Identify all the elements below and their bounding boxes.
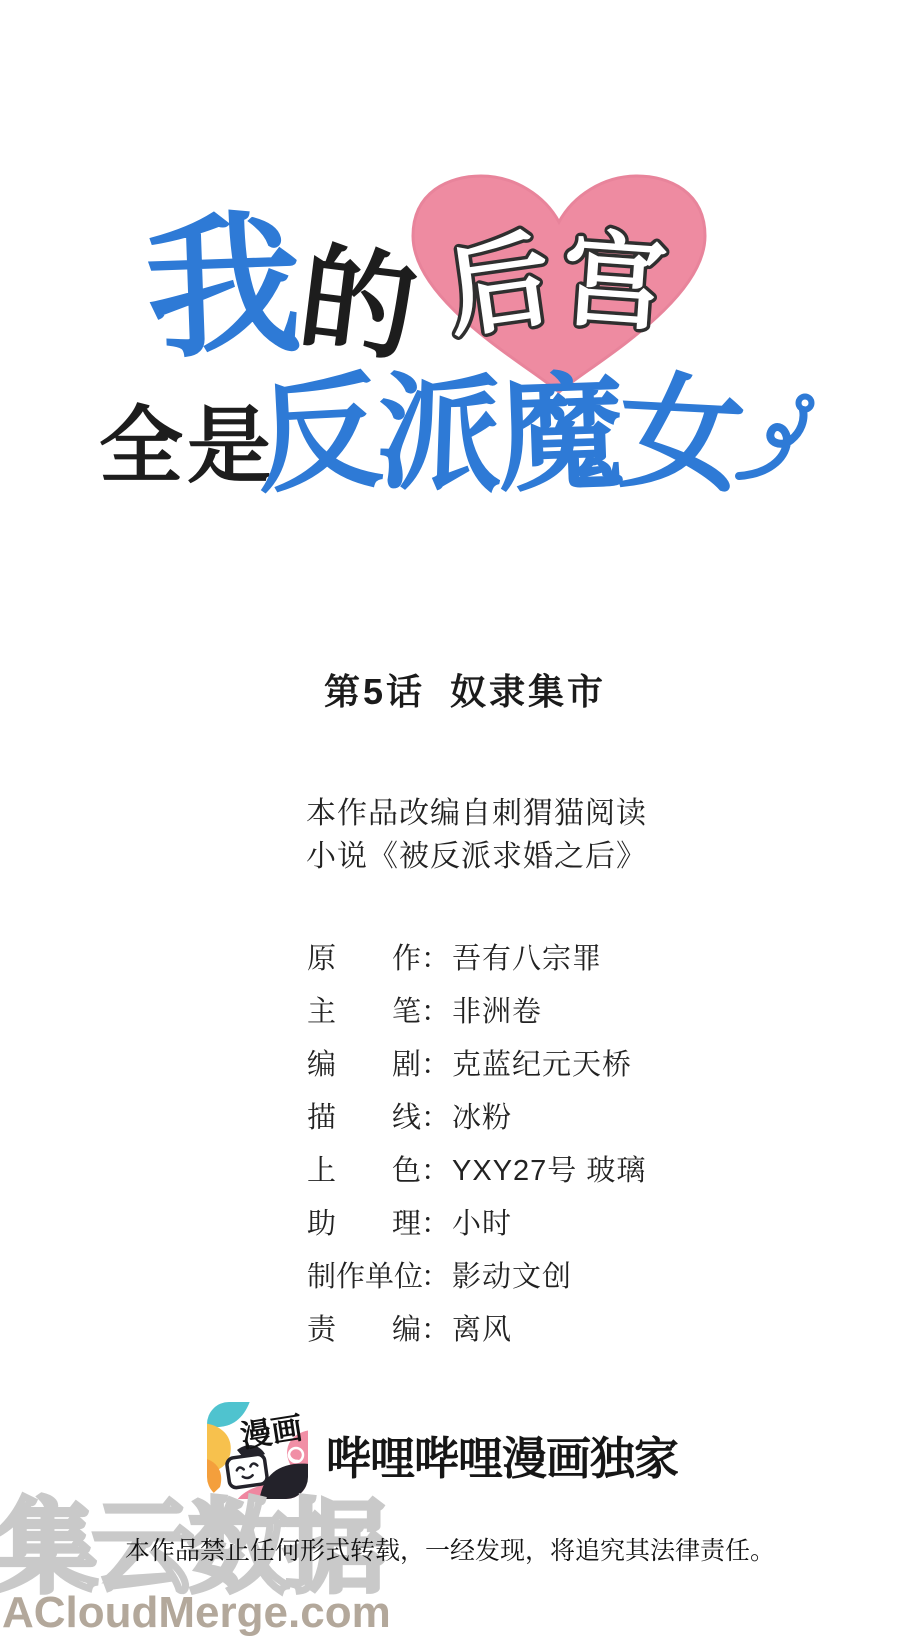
- credit-colon: ：: [421, 1201, 450, 1242]
- copyright-disclaimer: 本作品禁止任何形式转载，一经发现，将追究其法律责任。: [125, 1531, 775, 1567]
- credit-label: 主笔: [307, 989, 421, 1030]
- credit-colon: ：: [421, 1254, 450, 1295]
- credit-value: 冰粉: [452, 1095, 512, 1136]
- credit-row-original-author: 原作：吾有八宗罪: [307, 936, 646, 989]
- credit-label: 上色: [307, 1148, 421, 1189]
- credit-row-coloring: 上色：YXY27号 玻璃: [307, 1148, 646, 1201]
- title-char-nv: 女: [616, 369, 743, 501]
- chapter-title: 第5话 奴隶集市: [324, 664, 606, 715]
- credits-list: 原作：吾有八宗罪 主笔：非洲卷 编剧：克蓝纪元天桥 描线：冰粉 上色：YXY27…: [307, 936, 646, 1360]
- title-quanshi: 全是: [99, 404, 275, 488]
- credit-label: 描线: [307, 1095, 421, 1136]
- credit-label: 原作: [307, 936, 421, 977]
- adaptation-note: 本作品改编自刺猬猫阅读 小说《被反派求婚之后》: [306, 792, 647, 878]
- credit-row-screenwriter: 编剧：克蓝纪元天桥: [307, 1042, 646, 1095]
- credit-value: YXY27号 玻璃: [452, 1148, 646, 1189]
- credit-row-production-studio: 制作单位：影动文创: [307, 1254, 646, 1307]
- credit-label: 助理: [307, 1201, 421, 1242]
- credit-value: 非洲卷: [452, 989, 542, 1030]
- credit-colon: ：: [421, 1042, 450, 1083]
- title-char-hou: 后: [439, 222, 558, 350]
- credit-colon: ：: [421, 1095, 450, 1136]
- credit-label: 制作单位: [307, 1254, 421, 1295]
- watermark-en: ACloudMerge.com: [2, 1591, 391, 1635]
- title-heart-text: 后 宫: [423, 198, 705, 350]
- credit-value: 克蓝纪元天桥: [452, 1042, 632, 1083]
- credit-colon: ：: [421, 936, 450, 977]
- title-char-gong: 宫: [558, 221, 670, 344]
- title-char-wo: 我: [143, 207, 303, 367]
- credit-value: 小时: [452, 1201, 512, 1242]
- title-char-fan: 反: [253, 369, 380, 501]
- bilibili-exclusive-text: 哔哩哔哩漫画独家: [326, 1422, 678, 1487]
- title-char-pai: 派: [375, 370, 500, 500]
- title-char-de: 的: [293, 239, 422, 368]
- title-char-mo: 魔: [496, 370, 621, 500]
- adaptation-line-1: 本作品改编自刺猬猫阅读: [306, 792, 647, 835]
- adaptation-line-2: 小说《被反派求婚之后》: [306, 835, 647, 878]
- credit-label: 责编: [307, 1307, 421, 1348]
- credit-row-lead-artist: 主笔：非洲卷: [307, 989, 646, 1042]
- devil-tail-icon: [733, 392, 837, 480]
- credit-value: 影动文创: [452, 1254, 572, 1295]
- credit-row-lineart: 描线：冰粉: [307, 1095, 646, 1148]
- credit-colon: ：: [421, 1148, 450, 1189]
- credit-value: 吾有八宗罪: [452, 936, 602, 977]
- credit-colon: ：: [421, 989, 450, 1030]
- credit-label: 编剧: [307, 1042, 421, 1083]
- credit-colon: ：: [421, 1307, 450, 1348]
- credit-row-assistant: 助理：小时: [307, 1201, 646, 1254]
- bilibili-manga-logo: 漫画: [207, 1402, 308, 1499]
- title-fanpaimonv: 反派魔女: [256, 372, 740, 498]
- credit-row-editor: 责编：离风: [307, 1307, 646, 1360]
- credit-value: 离风: [452, 1307, 512, 1348]
